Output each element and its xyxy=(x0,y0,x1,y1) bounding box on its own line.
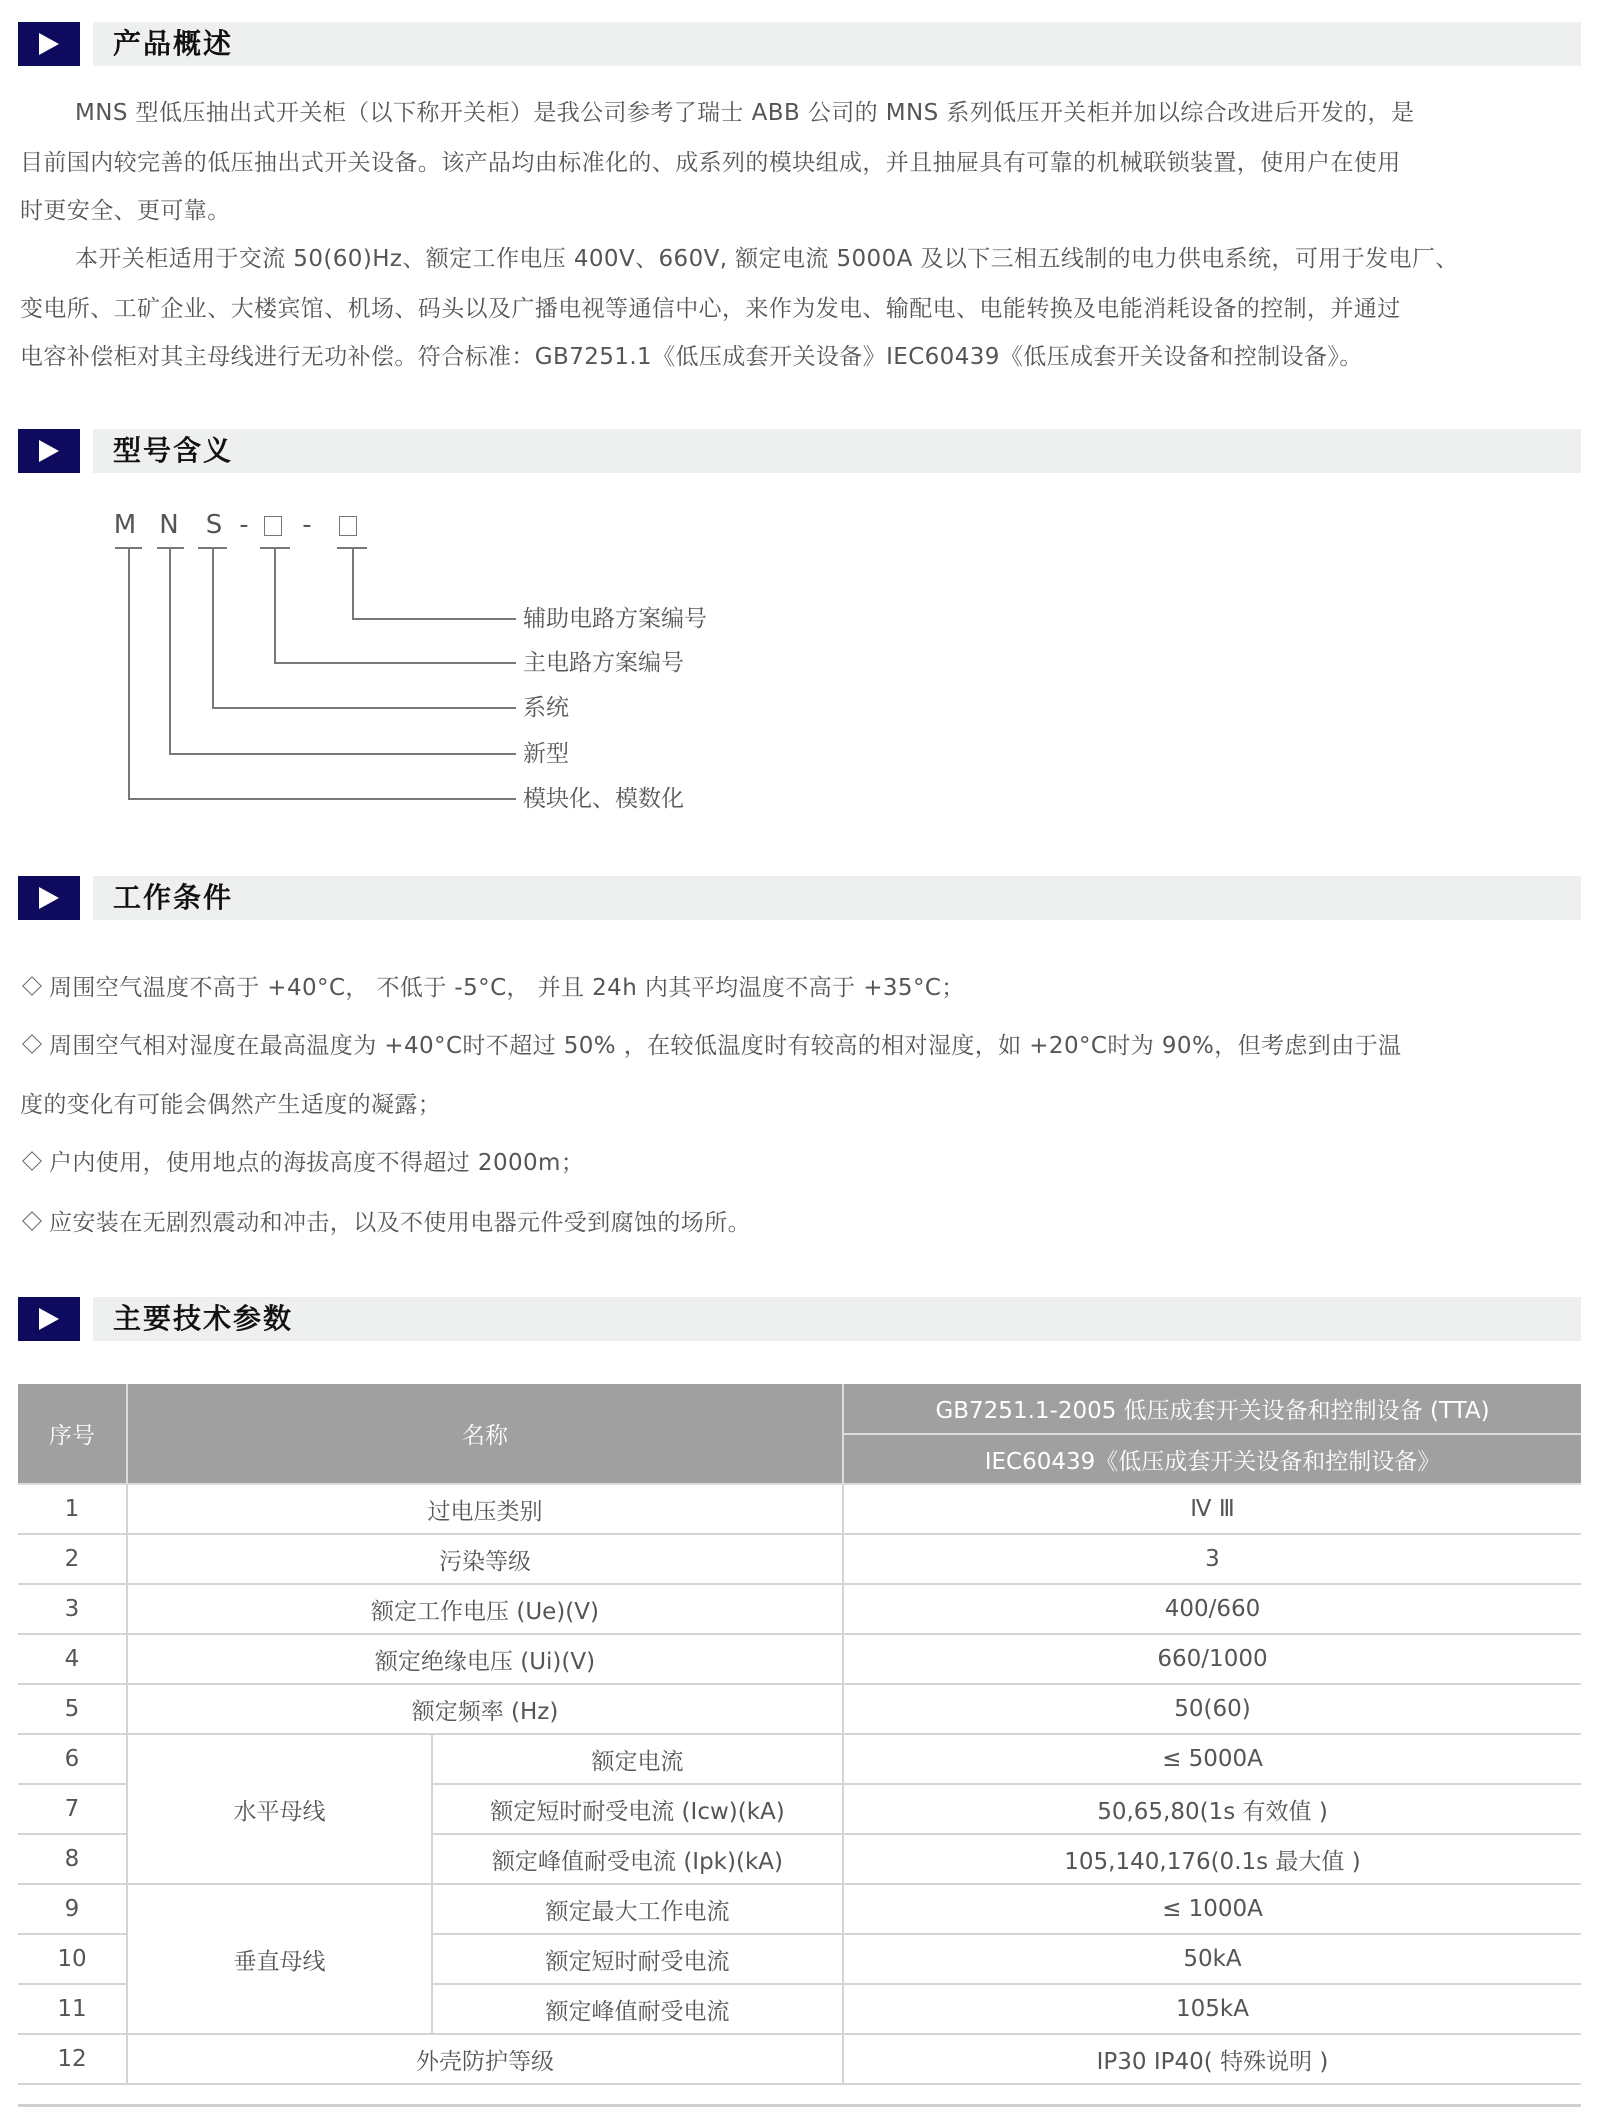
model-dash: - xyxy=(229,510,259,540)
play-triangle-icon xyxy=(39,33,59,55)
section-marker xyxy=(18,429,80,473)
cell-value: 105kA xyxy=(843,1984,1581,2034)
cell-name: 额定最大工作电流 xyxy=(432,1884,843,1934)
model-dash: - xyxy=(292,510,322,540)
diamond-outline-icon xyxy=(22,1211,42,1231)
model-letter-s: S xyxy=(199,510,229,540)
header-no: 序号 xyxy=(18,1384,127,1484)
condition-text: 户内使用，使用地点的海拔高度不得超过 2000m； xyxy=(49,1150,584,1176)
table-row: 4 额定绝缘电压 (Ui)(V) 660/1000 xyxy=(18,1634,1581,1684)
section-header-model: 型号含义 xyxy=(18,429,1581,473)
header-standard-iec: IEC60439《低压成套开关设备和控制设备》 xyxy=(843,1434,1581,1484)
cell-no: 12 xyxy=(18,2034,127,2084)
cell-value: 400/660 xyxy=(843,1584,1581,1634)
cell-value: IP30 IP40( 特殊说明 ) xyxy=(843,2034,1581,2084)
section-title: 型号含义 xyxy=(113,429,233,473)
cell-name: 外壳防护等级 xyxy=(127,2034,843,2084)
cell-name: 额定短时耐受电流 xyxy=(432,1934,843,1984)
section-marker xyxy=(18,22,80,66)
condition-text: 周围空气相对湿度在最高温度为 +40°C时不超过 50% ，在较低温度时有较高的… xyxy=(49,1033,1401,1059)
section-title: 主要技术参数 xyxy=(113,1297,293,1341)
cell-no: 4 xyxy=(18,1634,127,1684)
connector-line xyxy=(352,547,354,620)
cell-name: 额定短时耐受电流 (Icw)(kA) xyxy=(432,1784,843,1834)
section-title: 产品概述 xyxy=(113,22,233,66)
paragraph-line: 目前国内较完善的低压抽出式开关设备。该产品均由标准化的、成系列的模块组成，并且抽… xyxy=(20,147,1585,179)
connector-line xyxy=(212,547,214,709)
cell-no: 11 xyxy=(18,1984,127,2034)
model-letter-m: M xyxy=(110,510,140,540)
connector-line xyxy=(128,798,516,800)
condition-item-continued: 度的变化有可能会偶然产生适度的凝露； xyxy=(20,1089,441,1121)
table-row: 12 外壳防护等级 IP30 IP40( 特殊说明 ) xyxy=(18,2034,1581,2084)
model-label-main-circuit: 主电路方案编号 xyxy=(523,648,684,678)
cell-name: 污染等级 xyxy=(127,1534,843,1584)
header-standard-gb: GB7251.1-2005 低压成套开关设备和控制设备 (TTA) xyxy=(843,1384,1581,1434)
cell-name: 额定电流 xyxy=(432,1734,843,1784)
model-placeholder-box-aux xyxy=(339,516,357,536)
connector-line xyxy=(169,547,171,755)
model-label-system: 系统 xyxy=(523,693,569,723)
table-row: 5 额定频率 (Hz) 50(60) xyxy=(18,1684,1581,1734)
tech-params-table: 序号 名称 GB7251.1-2005 低压成套开关设备和控制设备 (TTA) … xyxy=(18,1384,1581,2085)
condition-text: 应安装在无剧烈震动和冲击，以及不使用电器元件受到腐蚀的场所。 xyxy=(49,1210,751,1236)
paragraph-line: 本开关柜适用于交流 50(60)Hz、额定工作电压 400V、660V, 额定电… xyxy=(75,243,1600,275)
section-header-bar xyxy=(93,1297,1581,1341)
connector-line xyxy=(128,547,130,800)
paragraph-line: 电容补偿柜对其主母线进行无功补偿。符合标准：GB7251.1《低压成套开关设备》… xyxy=(20,341,1585,373)
paragraph-line: MNS 型低压抽出式开关柜（以下称开关柜）是我公司参考了瑞士 ABB 公司的 M… xyxy=(75,97,1600,129)
model-label-aux-circuit: 辅助电路方案编号 xyxy=(523,604,707,634)
cell-value: 105,140,176(0.1s 最大值 ) xyxy=(843,1834,1581,1884)
model-letter-n: N xyxy=(154,510,184,540)
condition-item: 周围空气相对湿度在最高温度为 +40°C时不超过 50% ，在较低温度时有较高的… xyxy=(20,1030,1401,1062)
condition-text: 周围空气温度不高于 +40°C， 不低于 -5°C， 并且 24h 内其平均温度… xyxy=(49,975,965,1001)
cell-name: 过电压类别 xyxy=(127,1484,843,1534)
diamond-outline-icon xyxy=(22,1034,42,1054)
section-marker xyxy=(18,876,80,920)
cell-group-vertical-busbar: 垂直母线 xyxy=(127,1884,432,2034)
cell-value: ≤ 5000A xyxy=(843,1734,1581,1784)
cell-value: ≤ 1000A xyxy=(843,1884,1581,1934)
condition-item: 户内使用，使用地点的海拔高度不得超过 2000m； xyxy=(20,1147,584,1179)
cell-value: 3 xyxy=(843,1534,1581,1584)
cell-no: 1 xyxy=(18,1484,127,1534)
model-label-new-type: 新型 xyxy=(523,739,569,769)
connector-line xyxy=(169,753,516,755)
paragraph-line: 时更安全、更可靠。 xyxy=(20,195,1585,227)
connector-line xyxy=(274,662,516,664)
diamond-outline-icon xyxy=(22,1151,42,1171)
condition-item: 周围空气温度不高于 +40°C， 不低于 -5°C， 并且 24h 内其平均温度… xyxy=(20,972,965,1004)
cell-value: 50kA xyxy=(843,1934,1581,1984)
section-header-overview: 产品概述 xyxy=(18,22,1581,66)
table-header-row: 序号 名称 GB7251.1-2005 低压成套开关设备和控制设备 (TTA) xyxy=(18,1384,1581,1434)
table-row: 9 垂直母线 额定最大工作电流 ≤ 1000A xyxy=(18,1884,1581,1934)
section-title: 工作条件 xyxy=(113,876,233,920)
connector-line xyxy=(212,707,516,709)
play-triangle-icon xyxy=(39,1308,59,1330)
cell-value: 50(60) xyxy=(843,1684,1581,1734)
model-placeholder-box-main xyxy=(264,516,282,536)
cell-value: 660/1000 xyxy=(843,1634,1581,1684)
cell-no: 3 xyxy=(18,1584,127,1634)
bottom-divider xyxy=(18,2104,1581,2107)
cell-no: 2 xyxy=(18,1534,127,1584)
condition-item: 应安装在无剧烈震动和冲击，以及不使用电器元件受到腐蚀的场所。 xyxy=(20,1207,751,1239)
section-marker xyxy=(18,1297,80,1341)
table-row: 6 水平母线 额定电流 ≤ 5000A xyxy=(18,1734,1581,1784)
section-header-bar xyxy=(93,429,1581,473)
play-triangle-icon xyxy=(39,440,59,462)
diamond-outline-icon xyxy=(22,976,42,996)
cell-name: 额定工作电压 (Ue)(V) xyxy=(127,1584,843,1634)
section-header-bar xyxy=(93,22,1581,66)
cell-value: 50,65,80(1s 有效值 ) xyxy=(843,1784,1581,1834)
section-header-conditions: 工作条件 xyxy=(18,876,1581,920)
connector-line xyxy=(352,618,516,620)
cell-name: 额定绝缘电压 (Ui)(V) xyxy=(127,1634,843,1684)
cell-group-horizontal-busbar: 水平母线 xyxy=(127,1734,432,1884)
table-row: 1 过电压类别 Ⅳ Ⅲ xyxy=(18,1484,1581,1534)
section-header-tech-params: 主要技术参数 xyxy=(18,1297,1581,1341)
cell-no: 5 xyxy=(18,1684,127,1734)
cell-name: 额定峰值耐受电流 xyxy=(432,1984,843,2034)
header-name: 名称 xyxy=(127,1384,843,1484)
connector-line xyxy=(274,547,276,664)
paragraph-line: 变电所、工矿企业、大楼宾馆、机场、码头以及广播电视等通信中心，来作为发电、输配电… xyxy=(20,293,1585,325)
cell-name: 额定峰值耐受电流 (Ipk)(kA) xyxy=(432,1834,843,1884)
cell-no: 6 xyxy=(18,1734,127,1784)
cell-name: 额定频率 (Hz) xyxy=(127,1684,843,1734)
cell-no: 8 xyxy=(18,1834,127,1884)
table-row: 2 污染等级 3 xyxy=(18,1534,1581,1584)
cell-no: 9 xyxy=(18,1884,127,1934)
table-row: 3 额定工作电压 (Ue)(V) 400/660 xyxy=(18,1584,1581,1634)
model-label-modular: 模块化、模数化 xyxy=(523,784,684,814)
play-triangle-icon xyxy=(39,887,59,909)
cell-no: 10 xyxy=(18,1934,127,1984)
cell-value: Ⅳ Ⅲ xyxy=(843,1484,1581,1534)
section-header-bar xyxy=(93,876,1581,920)
cell-no: 7 xyxy=(18,1784,127,1834)
